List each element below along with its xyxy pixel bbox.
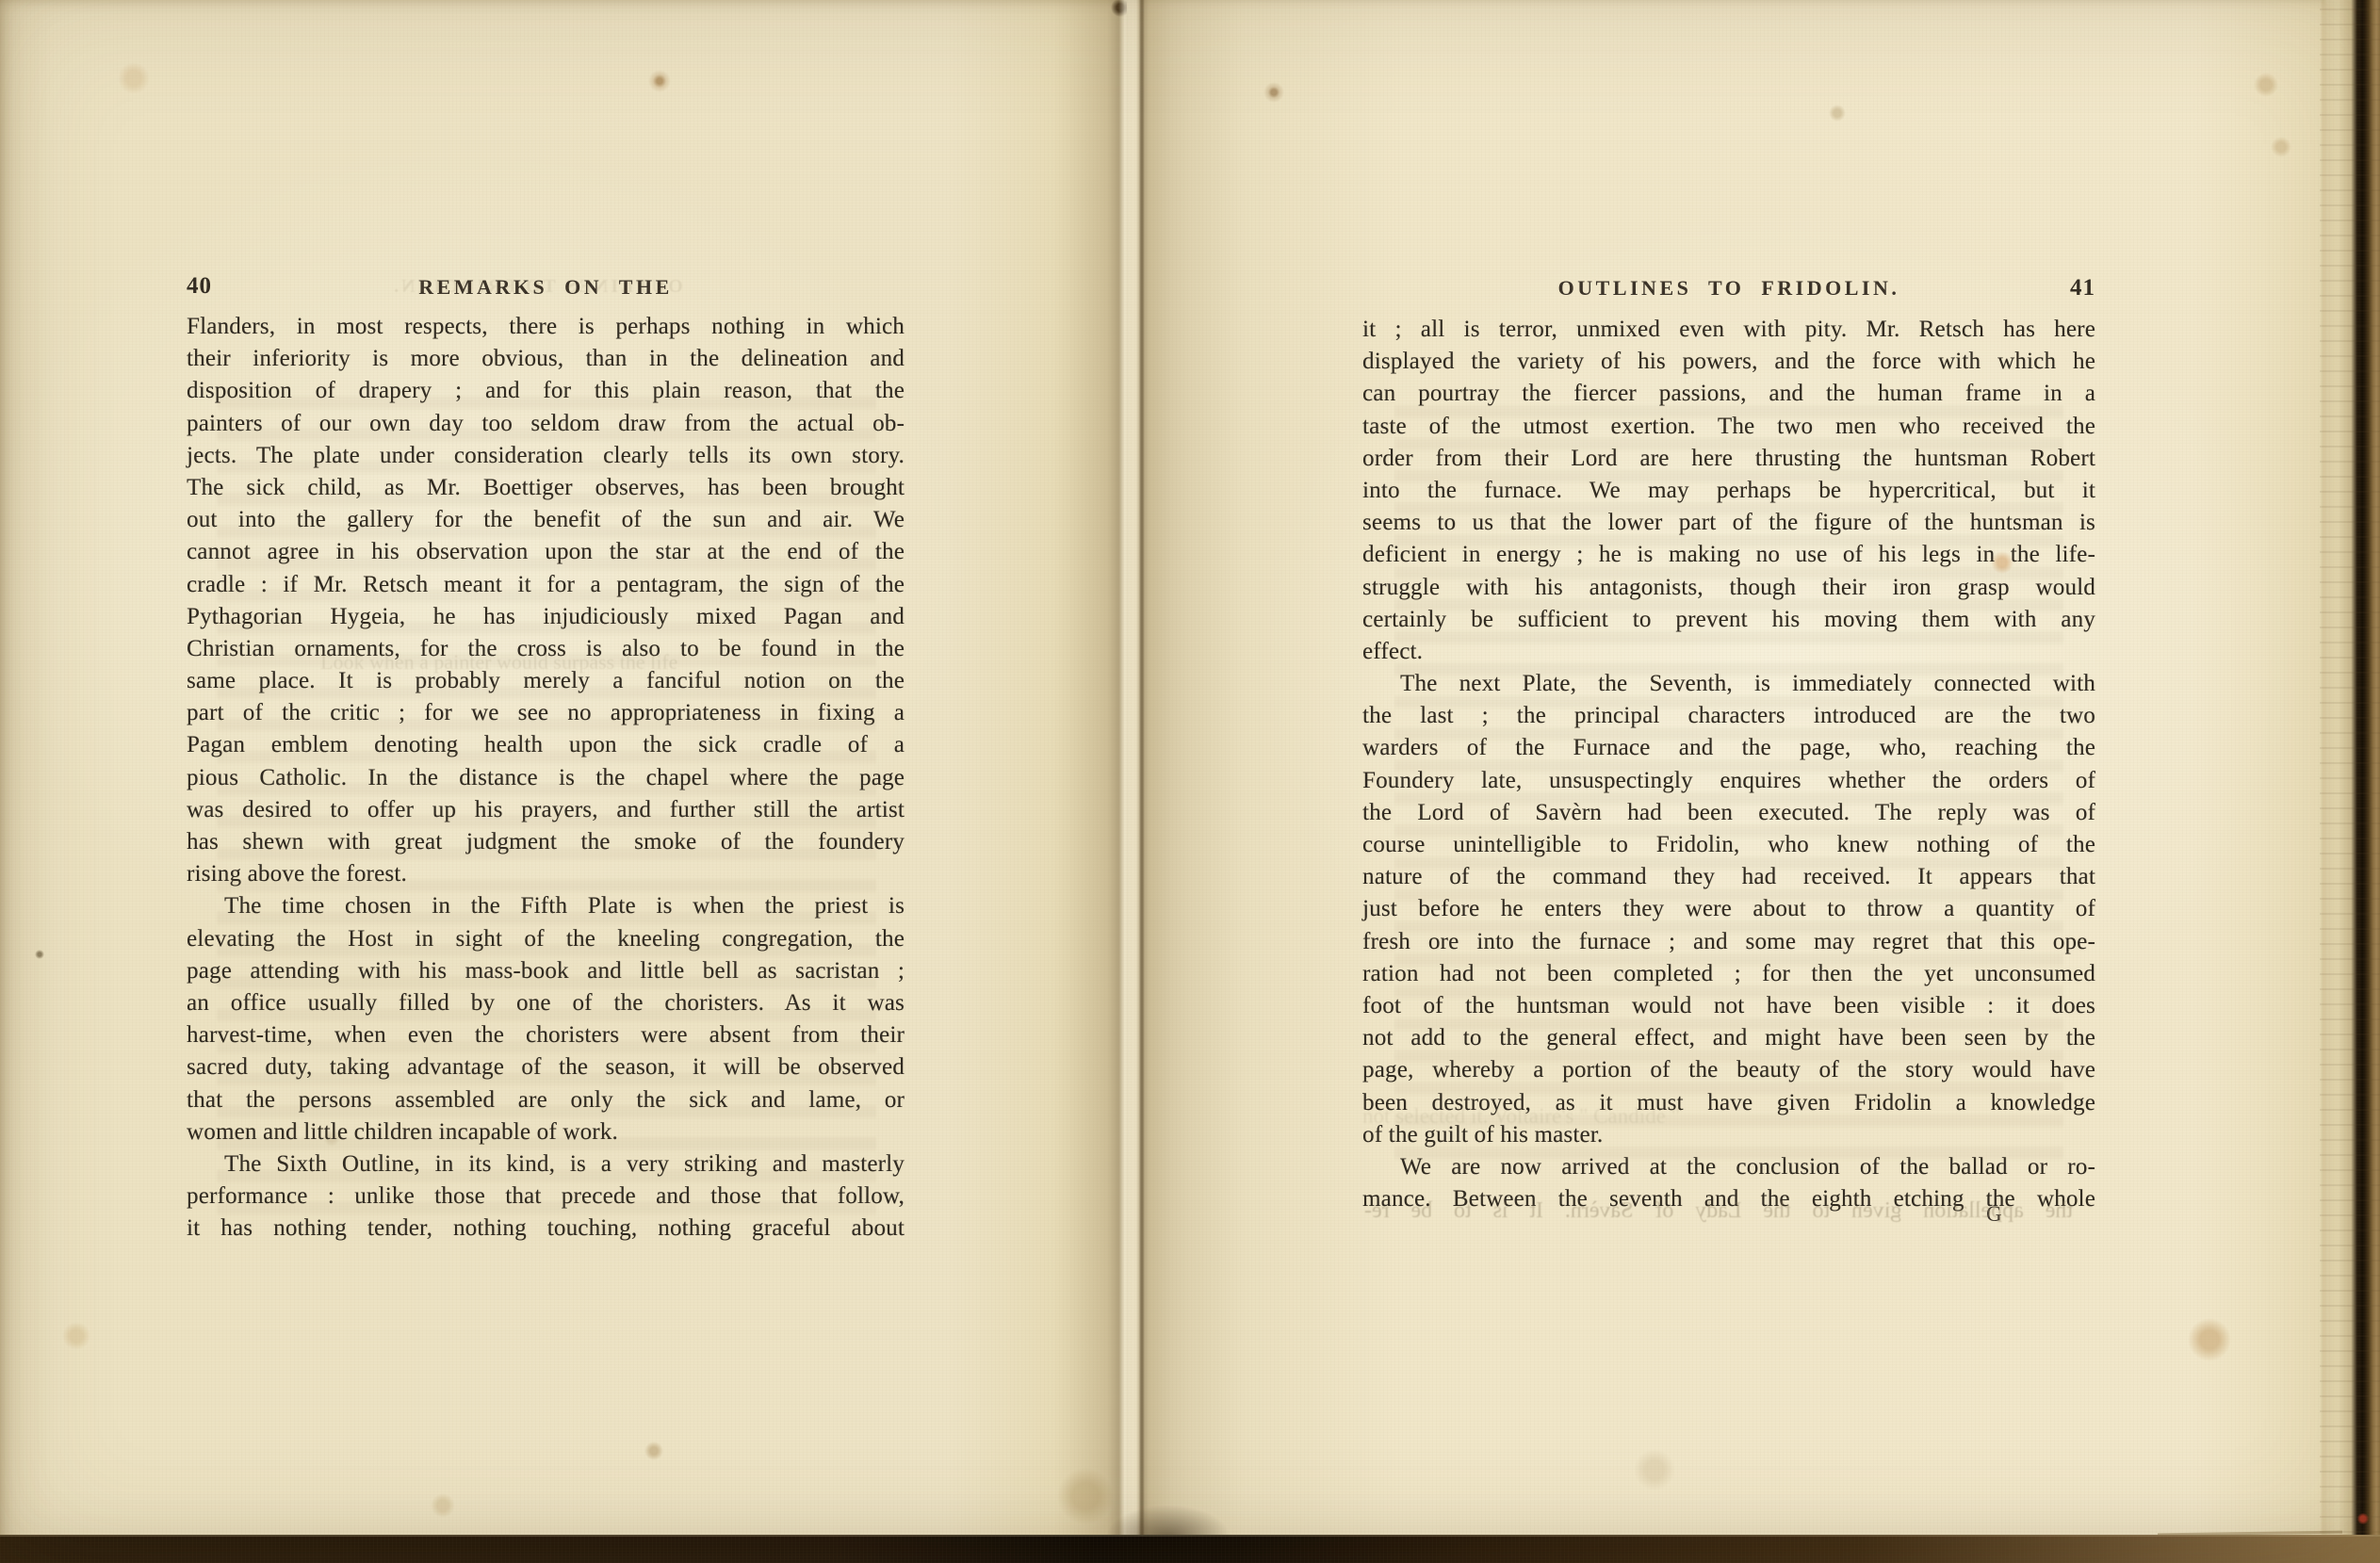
book-spread-scan: 40 REMARKS ON THE OUTLINES TO FRIDOLIN. … — [0, 0, 2380, 1563]
red-stain — [2357, 1513, 2369, 1524]
text-line: been destroyed, as it must have given Fr… — [1362, 1087, 2095, 1119]
text-line: into the furnace. We may perhaps be hype… — [1362, 475, 2095, 507]
text-line: can pourtray the fiercer passions, and t… — [1362, 378, 2095, 410]
text-line: same place. It is probably merely a fanc… — [187, 665, 905, 697]
text-line: The sick child, as Mr. Boettiger observe… — [187, 472, 905, 504]
text-line: part of the critic ; for we see no appro… — [187, 697, 905, 729]
text-line: the Lord of Savèrn had been executed. Th… — [1362, 797, 2095, 829]
text-line: cradle : if Mr. Retsch meant it for a pe… — [187, 569, 905, 601]
text-line: not add to the general effect, and might… — [1362, 1022, 2095, 1054]
left-running-head: REMARKS ON THE — [187, 275, 905, 300]
text-line: struggle with his antagonists, though th… — [1362, 572, 2095, 604]
text-line: nature of the command they had received.… — [1362, 861, 2095, 893]
text-line: Pythagorian Hygeia, he has injudiciously… — [187, 601, 905, 633]
book-binding-bottom — [0, 1535, 2380, 1563]
text-line: Christian ornaments, for the cross is al… — [187, 633, 905, 665]
text-line: elevating the Host in sight of the kneel… — [187, 923, 905, 955]
text-line: rising above the forest. — [187, 858, 905, 890]
text-line: page, whereby a portion of the beauty of… — [1362, 1054, 2095, 1086]
text-line: it ; all is terror, unmixed even with pi… — [1362, 314, 2095, 346]
text-line: The next Plate, the Seventh, is immediat… — [1362, 668, 2095, 700]
right-page-number: 41 — [1362, 275, 2095, 301]
text-line: The Sixth Outline, in its kind, is a ver… — [187, 1148, 905, 1180]
left-page: 40 REMARKS ON THE OUTLINES TO FRIDOLIN. … — [0, 0, 1127, 1563]
text-line: course unintelligible to Fridolin, who k… — [1362, 829, 2095, 861]
text-line: was desired to offer up his prayers, and… — [187, 794, 905, 826]
text-line: of the guilt of his master. — [1362, 1119, 2095, 1151]
text-line: The time chosen in the Fifth Plate is wh… — [187, 890, 905, 922]
right-text-column: it ; all is terror, unmixed even with pi… — [1362, 314, 2095, 1215]
text-line: seems to us that the lower part of the f… — [1362, 507, 2095, 539]
text-line: their inferiority is more obvious, than … — [187, 343, 905, 375]
text-line: jects. The plate under consideration cle… — [187, 440, 905, 472]
text-line: effect. — [1362, 636, 2095, 668]
text-line: an office usually filled by one of the c… — [187, 987, 905, 1019]
text-line: out into the gallery for the benefit of … — [187, 504, 905, 536]
printer-signature-mark: G — [1986, 1202, 2002, 1227]
text-line: order from their Lord are here thrusting… — [1362, 443, 2095, 475]
text-line: Flanders, in most respects, there is per… — [187, 311, 905, 343]
text-line: displayed the variety of his powers, and… — [1362, 346, 2095, 378]
text-line: just before he enters they were about to… — [1362, 893, 2095, 925]
text-line: taste of the utmost exertion. The two me… — [1362, 411, 2095, 443]
text-line: sacred duty, taking advantage of the sea… — [187, 1051, 905, 1083]
text-line: Foundery late, unsuspectingly enquires w… — [1362, 765, 2095, 797]
text-line: certainly be sufficient to prevent his m… — [1362, 604, 2095, 636]
text-line: page attending with his mass-book and li… — [187, 955, 905, 987]
text-line: warders of the Furnace and the page, who… — [1362, 732, 2095, 764]
text-line: that the persons assembled are only the … — [187, 1084, 905, 1116]
text-line: harvest-time, when even the choristers w… — [187, 1019, 905, 1051]
text-line: the last ; the principal characters intr… — [1362, 700, 2095, 732]
left-text-column: Flanders, in most respects, there is per… — [187, 311, 905, 1245]
text-line: has shewn with great judgment the smoke … — [187, 826, 905, 858]
text-line: it has nothing tender, nothing touching,… — [187, 1213, 905, 1245]
text-line: pious Catholic. In the distance is the c… — [187, 762, 905, 794]
text-line: Pagan emblem denoting health upon the si… — [187, 729, 905, 761]
text-line: foot of the huntsman would not have been… — [1362, 990, 2095, 1022]
text-line: cannot agree in his observation upon the… — [187, 536, 905, 568]
text-line: performance : unlike those that precede … — [187, 1180, 905, 1213]
text-line: painters of our own day too seldom draw … — [187, 408, 905, 440]
text-line: deficient in energy ; he is making no us… — [1362, 539, 2095, 571]
text-line: We are now arrived at the conclusion of … — [1362, 1151, 2095, 1183]
text-line: women and little children incapable of w… — [187, 1116, 905, 1148]
text-line: fresh ore into the furnace ; and some ma… — [1362, 926, 2095, 958]
text-line: ration had not been completed ; for then… — [1362, 958, 2095, 990]
text-line: disposition of drapery ; and for this pl… — [187, 375, 905, 407]
